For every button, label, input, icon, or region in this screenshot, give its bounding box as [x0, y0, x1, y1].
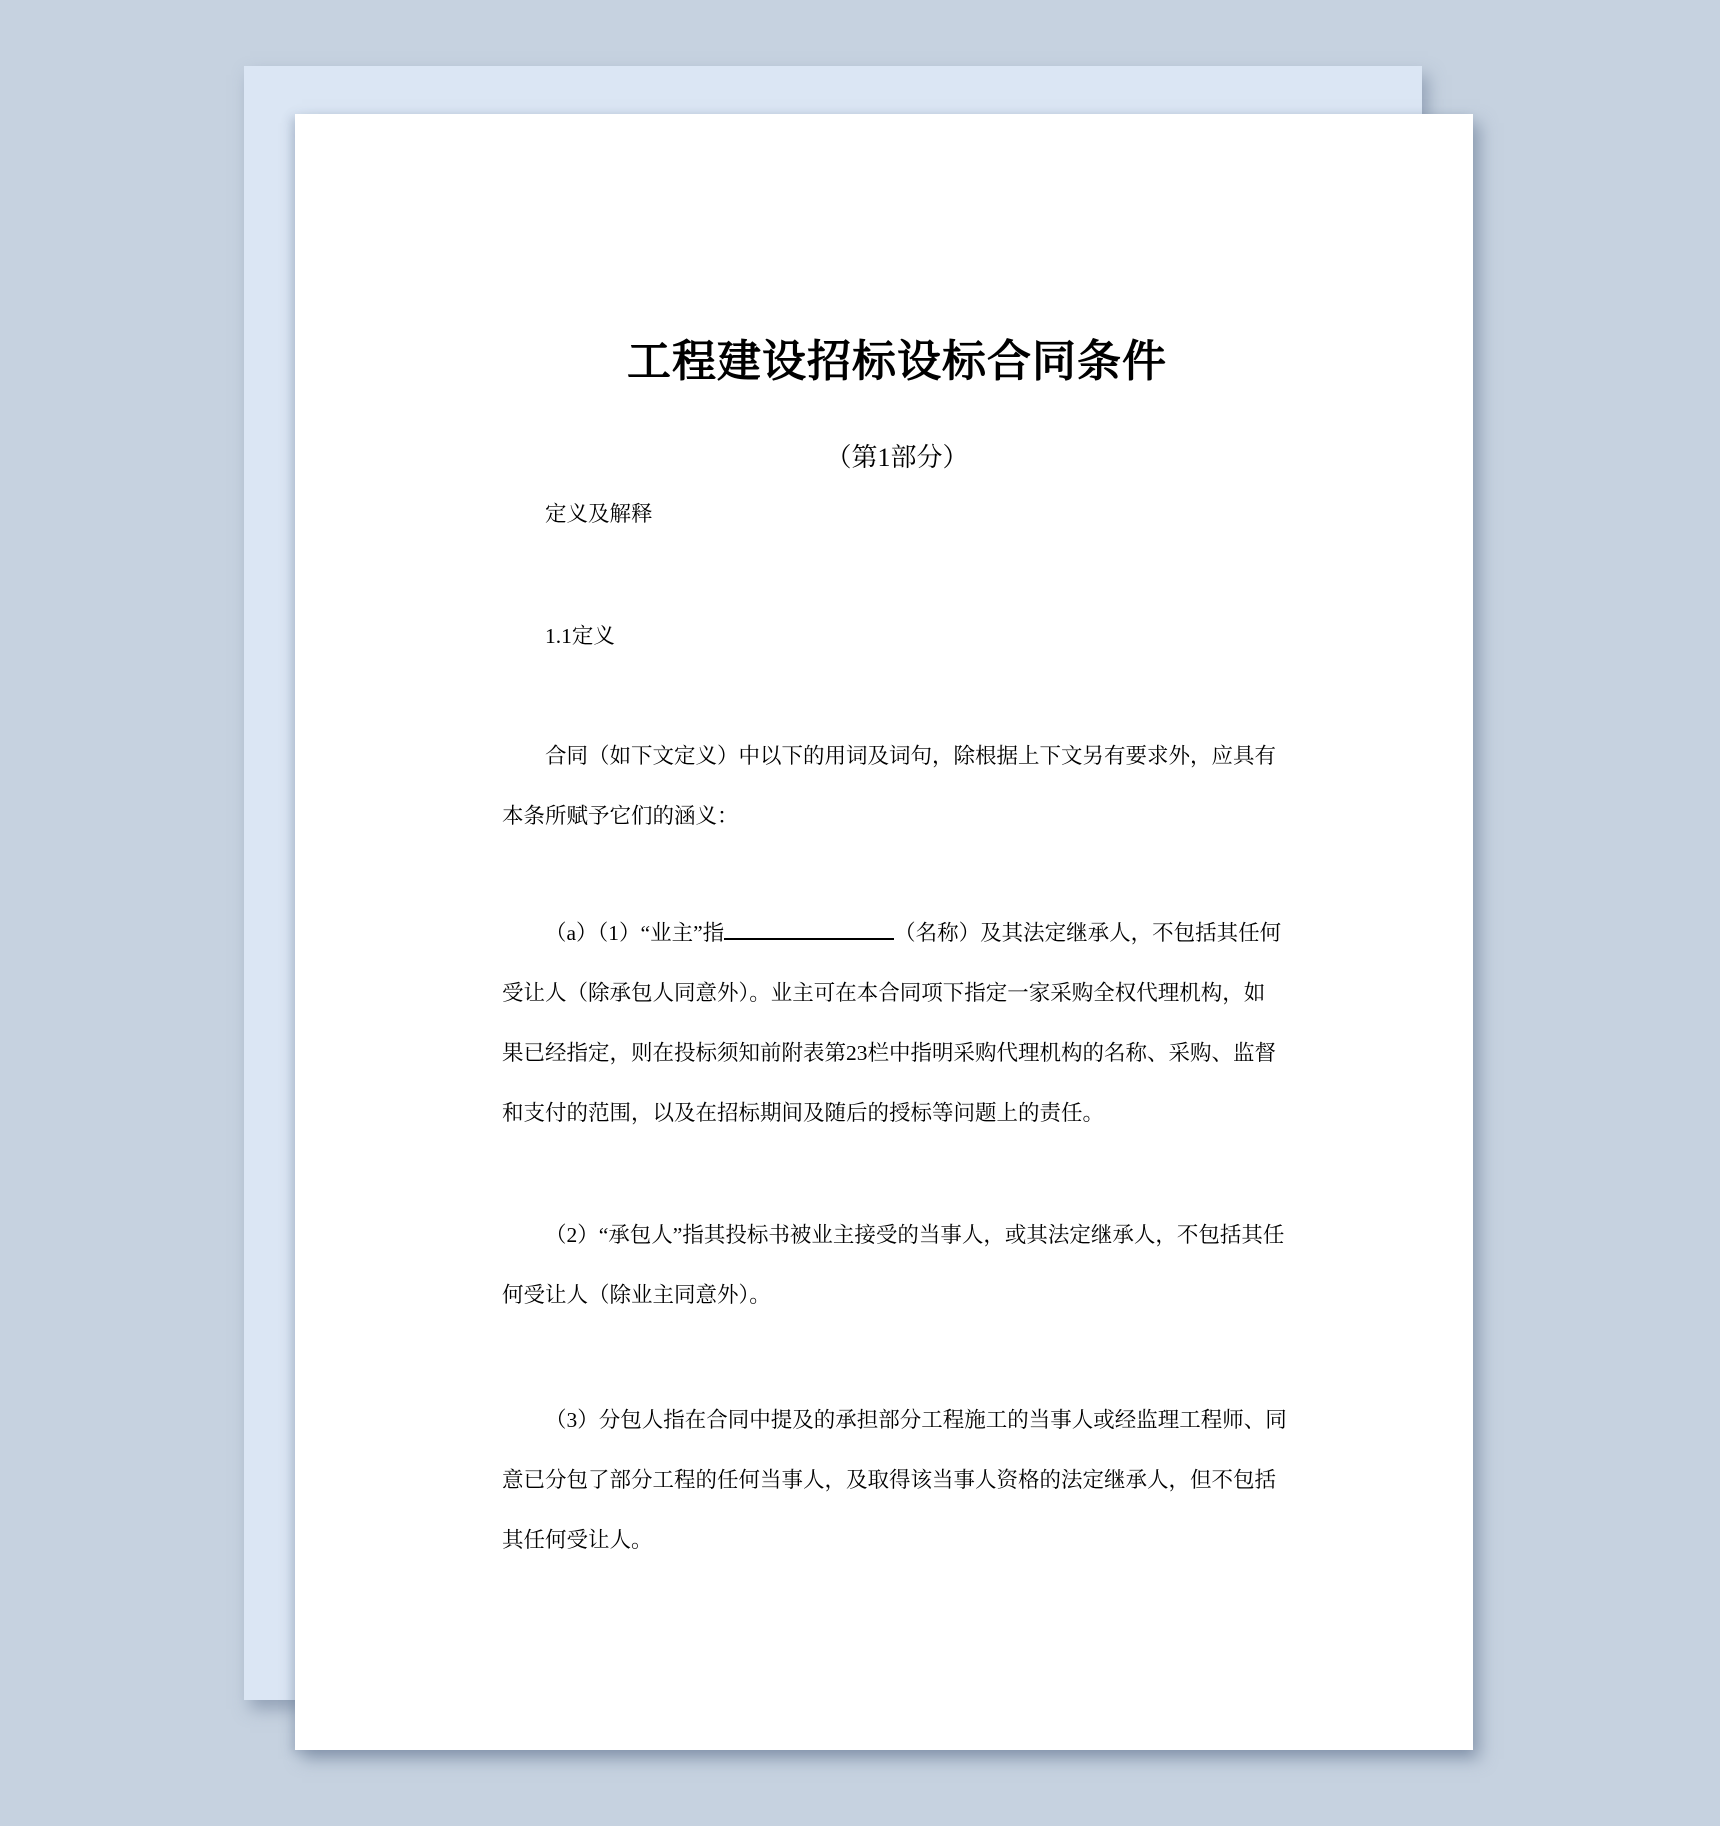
document-title: 工程建设招标设标合同条件: [502, 327, 1292, 397]
clause-a-line-2: 受让人（除承包人同意外）。业主可在本合同项下指定一家采购全权代理机构，如: [502, 963, 1292, 1023]
clause-2-line-2: 何受让人（除业主同意外）。: [502, 1265, 1292, 1325]
clause-a-line-1-pre: （a）（1）“业主”指: [545, 921, 724, 945]
clause-2-line-1: （2）“承包人”指其投标书被业主接受的当事人，或其法定继承人，不包括其任: [502, 1205, 1292, 1265]
clause-3-line-1: （3）分包人指在合同中提及的承担部分工程施工的当事人或经监理工程师、同: [502, 1390, 1292, 1450]
paragraph-intro-line-1: 合同（如下文定义）中以下的用词及词句，除根据上下文另有要求外，应具有: [502, 726, 1292, 786]
clause-a-line-1: （a）（1）“业主”指（名称）及其法定继承人，不包括其任何: [502, 903, 1292, 963]
paragraph-clause-a: （a）（1）“业主”指（名称）及其法定继承人，不包括其任何 受让人（除承包人同意…: [502, 903, 1292, 1143]
clause-3-line-3: 其任何受让人。: [502, 1510, 1292, 1570]
heading-definitions: 定义及解释: [502, 484, 1292, 544]
document-subtitle: （第1部分）: [502, 428, 1292, 488]
clause-a-line-3: 果已经指定，则在投标须知前附表第23栏中指明采购代理机构的名称、采购、监督: [502, 1023, 1292, 1083]
clause-3-line-2: 意已分包了部分工程的任何当事人，及取得该当事人资格的法定继承人，但不包括: [502, 1450, 1292, 1510]
clause-a-line-4: 和支付的范围，以及在招标期间及随后的授标等问题上的责任。: [502, 1083, 1292, 1143]
heading-1-1-definitions: 1.1定义: [502, 606, 1292, 666]
document-canvas: 工程建设招标设标合同条件 （第1部分） 定义及解释 1.1定义 合同（如下文定义…: [0, 0, 1720, 1826]
paragraph-clause-3: （3）分包人指在合同中提及的承担部分工程施工的当事人或经监理工程师、同 意已分包…: [502, 1390, 1292, 1570]
paragraph-intro: 合同（如下文定义）中以下的用词及词句，除根据上下文另有要求外，应具有 本条所赋予…: [502, 726, 1292, 846]
paragraph-clause-2: （2）“承包人”指其投标书被业主接受的当事人，或其法定继承人，不包括其任 何受让…: [502, 1205, 1292, 1325]
clause-a-line-1-post: （名称）及其法定继承人，不包括其任何: [894, 921, 1281, 945]
paragraph-intro-line-2: 本条所赋予它们的涵义：: [502, 786, 1292, 846]
contract-page: 工程建设招标设标合同条件 （第1部分） 定义及解释 1.1定义 合同（如下文定义…: [295, 114, 1473, 1750]
fill-in-blank-owner-name: [724, 917, 894, 941]
